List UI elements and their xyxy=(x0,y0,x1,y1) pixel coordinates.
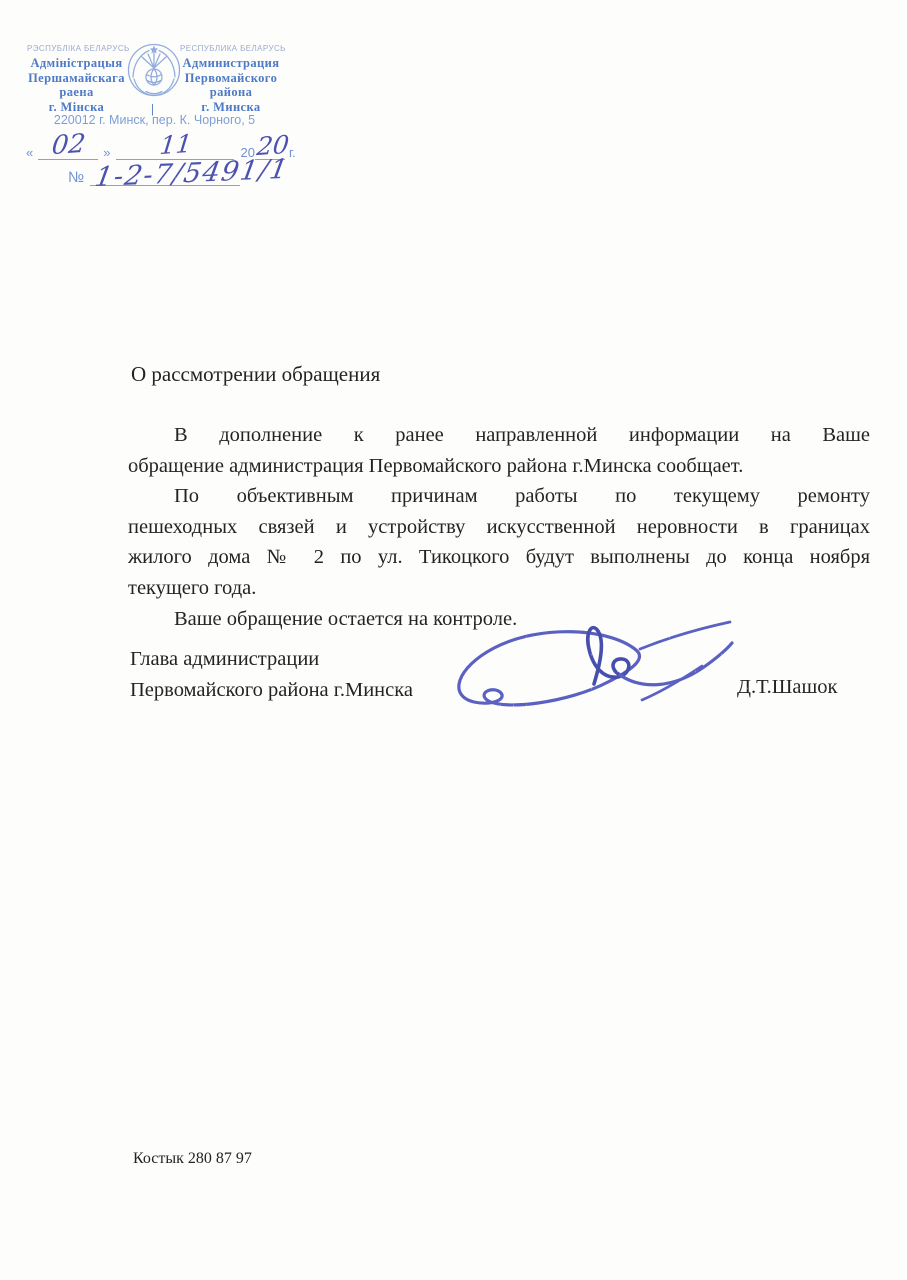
signer-position-line: Глава администрации xyxy=(130,644,413,675)
body-line: обращение администрация Первомайского ра… xyxy=(128,451,870,482)
letterhead-russian-block: РЕСПУБЛИКА БЕЛАРУСЬ Администрация Первом… xyxy=(180,44,282,114)
close-quote: » xyxy=(103,145,110,160)
org-name-ru-line: района xyxy=(180,85,282,100)
org-name-by-line: раена xyxy=(27,85,126,100)
open-quote: « xyxy=(26,145,33,160)
org-name-by-line: Першамайскага xyxy=(27,71,126,86)
body-line: В дополнение к ранее направленной информ… xyxy=(128,420,870,451)
date-day-blank: 02 xyxy=(38,140,98,160)
country-name-by: РЭСПУБЛІКА БЕЛАРУСЬ xyxy=(27,44,126,53)
star-glyph xyxy=(150,46,158,54)
org-name-ru-line: Администрация xyxy=(180,56,282,71)
outgoing-number-line: № 1-2-7/5491/1 xyxy=(68,160,240,186)
body-line: жилого дома № 2 по ул. Тикоцкого будут в… xyxy=(128,542,870,573)
body-line: текущего года. xyxy=(128,573,870,604)
number-sign: № xyxy=(68,169,84,186)
letter-subject: О рассмотрении обращения xyxy=(131,362,380,387)
handwritten-outgoing-number: 1-2-7/5491/1 xyxy=(93,154,292,193)
coat-of-arms-icon xyxy=(126,41,182,106)
handwritten-day: 02 xyxy=(50,129,87,161)
letterhead-belarusian-block: РЭСПУБЛІКА БЕЛАРУСЬ Адміністрацыя Першам… xyxy=(27,44,126,114)
signer-position-line: Первомайского района г.Минска xyxy=(130,675,413,706)
body-line: По объективным причинам работы по текуще… xyxy=(128,481,870,512)
signer-name: Д.Т.Шашок xyxy=(737,676,837,699)
org-name-by-line: Адміністрацыя xyxy=(27,56,126,71)
org-address: 220012 г. Минск, пер. К. Чорного, 5 xyxy=(27,113,282,127)
org-name-ru-line: Первомайского xyxy=(180,71,282,86)
signer-position: Глава администрации Первомайского района… xyxy=(130,644,413,705)
letter-body: В дополнение к ранее направленной информ… xyxy=(128,420,870,634)
country-name-ru: РЕСПУБЛИКА БЕЛАРУСЬ xyxy=(180,44,282,53)
scanned-official-letter: РЭСПУБЛІКА БЕЛАРУСЬ Адміністрацыя Першам… xyxy=(0,0,907,1280)
body-line: пешеходных связей и устройству искусстве… xyxy=(128,512,870,543)
signature-ink-icon xyxy=(428,608,748,745)
executor-contact: Костык 280 87 97 xyxy=(133,1150,252,1168)
handwritten-month: 11 xyxy=(159,129,194,160)
number-blank: 1-2-7/5491/1 xyxy=(90,164,240,186)
